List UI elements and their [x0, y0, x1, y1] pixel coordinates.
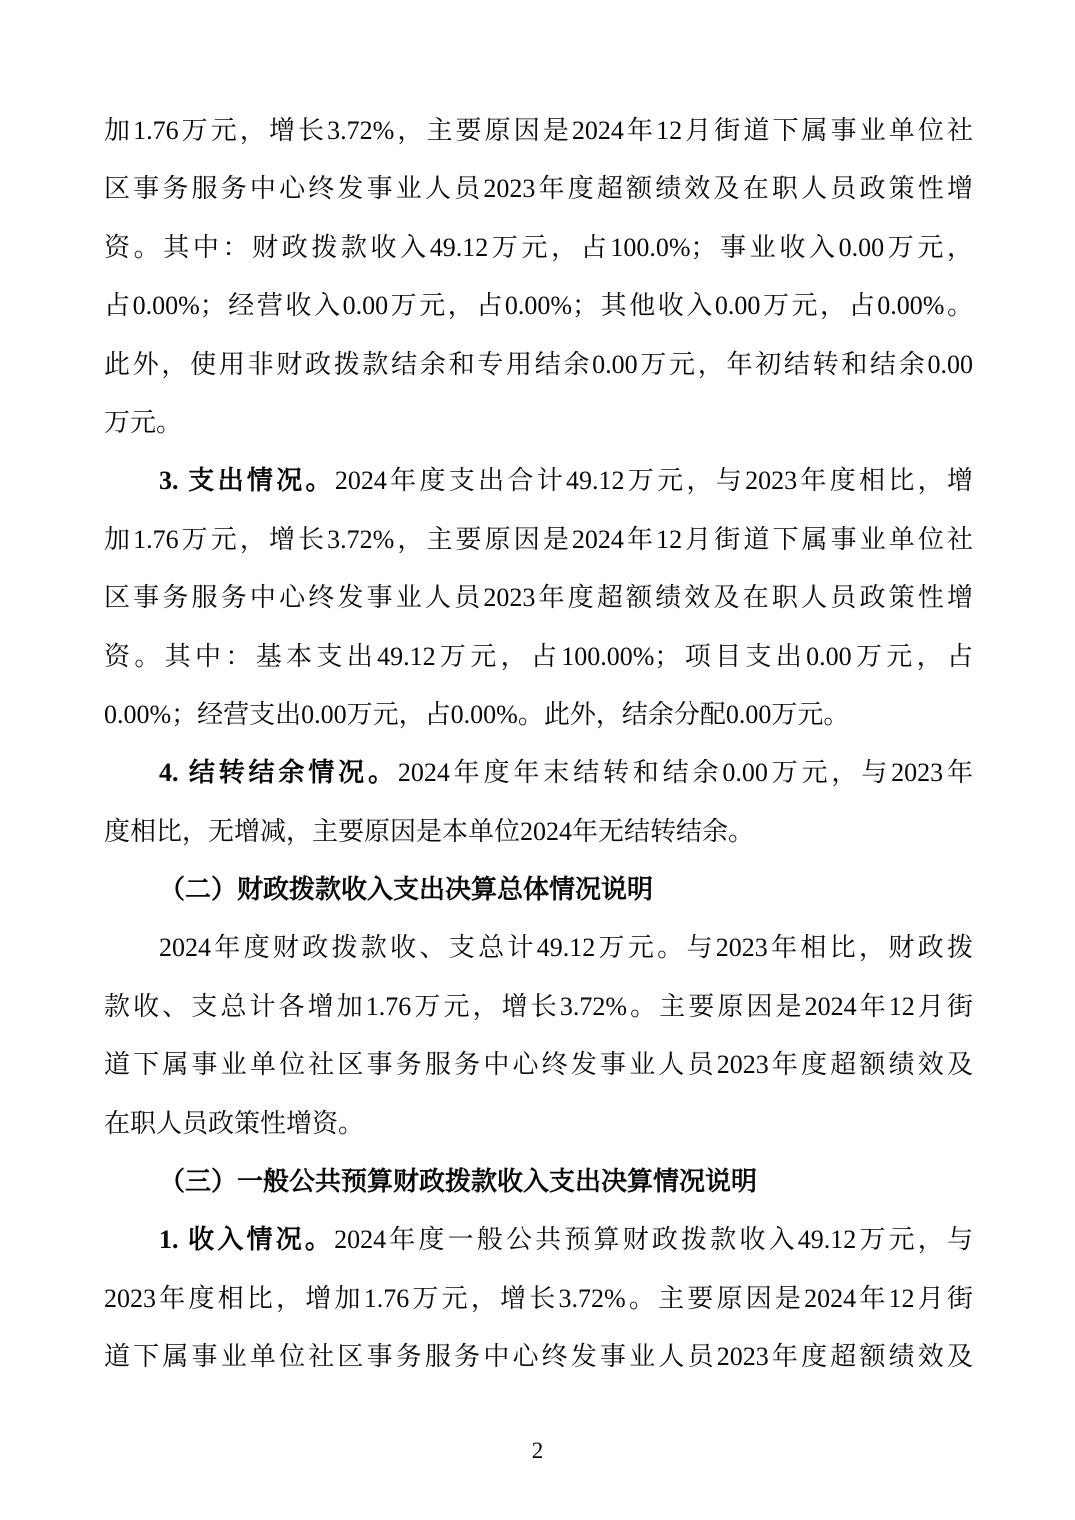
- line-text: 0.00%；经营支出0.00万元，占0.00%。此外，结余分配0.00万元。: [104, 700, 849, 729]
- section-heading: （二）财政拨款收入支出决算总体情况说明: [104, 861, 973, 919]
- line-text: 区事务服务中心终发事业人员2023年度超额绩效及在职人员政策性增: [104, 583, 973, 612]
- line-text: 此外，使用非财政拨款结余和专用结余0.00万元，年初结转和结余0.00: [104, 350, 973, 379]
- line-text: 2024年度财政拨款收、支总计49.12万元。与2023年相比，财政拨: [159, 933, 973, 962]
- text-line: 加1.76万元，增长3.72%，主要原因是2024年12月街道下属事业单位社: [104, 102, 973, 160]
- line-text: 道下属事业单位社区事务服务中心终发事业人员2023年度超额绩效及: [104, 1050, 973, 1079]
- line-text: 2024年度一般公共预算财政拨款收入49.12万元，与: [334, 1225, 973, 1254]
- line-text: 资。其中：基本支出49.12万元，占100.00%；项目支出0.00万元，占: [104, 642, 973, 671]
- text-line: 2023年度相比，增加1.76万元，增长3.72%。主要原因是2024年12月街: [104, 1270, 973, 1328]
- paragraph: 4. 结转结余情况。2024年度年末结转和结余0.00万元，与2023年 度相比…: [104, 744, 973, 861]
- line-text: 2024年度年末结转和结余0.00万元，与2023年: [398, 758, 973, 787]
- line-text: 在职人员政策性增资。: [104, 1109, 364, 1138]
- text-line: 此外，使用非财政拨款结余和专用结余0.00万元，年初结转和结余0.00: [104, 336, 973, 394]
- text-line: 1. 收入情况。2024年度一般公共预算财政拨款收入49.12万元，与: [104, 1211, 973, 1269]
- text-line: 4. 结转结余情况。2024年度年末结转和结余0.00万元，与2023年: [104, 744, 973, 802]
- text-line: 款收、支总计各增加1.76万元，增长3.72%。主要原因是2024年12月街: [104, 978, 973, 1036]
- text-line: 在职人员政策性增资。: [104, 1095, 973, 1153]
- text-line: 度相比，无增减，主要原因是本单位2024年无结转结余。: [104, 803, 973, 861]
- paragraph: 2024年度财政拨款收、支总计49.12万元。与2023年相比，财政拨 款收、支…: [104, 919, 973, 1153]
- document-page: 加1.76万元，增长3.72%，主要原因是2024年12月街道下属事业单位社 区…: [0, 0, 1075, 1520]
- text-line: 3. 支出情况。2024年度支出合计49.12万元，与2023年度相比，增: [104, 452, 973, 510]
- text-line: 资。其中：基本支出49.12万元，占100.00%；项目支出0.00万元，占: [104, 628, 973, 686]
- numbered-heading-label: 4. 结转结余情况。: [159, 758, 398, 787]
- line-text: 万元。: [104, 408, 182, 437]
- text-line: 道下属事业单位社区事务服务中心终发事业人员2023年度超额绩效及: [104, 1328, 973, 1386]
- text-line: （二）财政拨款收入支出决算总体情况说明: [104, 861, 973, 919]
- line-text: 道下属事业单位社区事务服务中心终发事业人员2023年度超额绩效及: [104, 1342, 973, 1371]
- line-text: 资。其中：财政拨款收入49.12万元，占100.0%；事业收入0.00万元，: [104, 233, 973, 262]
- text-line: （三）一般公共预算财政拨款收入支出决算情况说明: [104, 1153, 973, 1211]
- text-line: 占0.00%；经营收入0.00万元，占0.00%；其他收入0.00万元，占0.0…: [104, 277, 973, 335]
- section-heading-label: （二）财政拨款收入支出决算总体情况说明: [159, 875, 653, 904]
- numbered-heading-label: 1. 收入情况。: [159, 1225, 334, 1254]
- text-line: 2024年度财政拨款收、支总计49.12万元。与2023年相比，财政拨: [104, 919, 973, 977]
- text-line: 0.00%；经营支出0.00万元，占0.00%。此外，结余分配0.00万元。: [104, 686, 973, 744]
- paragraph: 1. 收入情况。2024年度一般公共预算财政拨款收入49.12万元，与 2023…: [104, 1211, 973, 1386]
- text-line: 道下属事业单位社区事务服务中心终发事业人员2023年度超额绩效及: [104, 1036, 973, 1094]
- line-text: 2024年度支出合计49.12万元，与2023年度相比，增: [335, 466, 973, 495]
- section-heading: （三）一般公共预算财政拨款收入支出决算情况说明: [104, 1153, 973, 1211]
- paragraph: 3. 支出情况。2024年度支出合计49.12万元，与2023年度相比，增 加1…: [104, 452, 973, 744]
- line-text: 区事务服务中心终发事业人员2023年度超额绩效及在职人员政策性增: [104, 174, 973, 203]
- numbered-heading-label: 3. 支出情况。: [159, 466, 335, 495]
- line-text: 占0.00%；经营收入0.00万元，占0.00%；其他收入0.00万元，占0.0…: [104, 291, 973, 320]
- text-line: 加1.76万元，增长3.72%，主要原因是2024年12月街道下属事业单位社: [104, 511, 973, 569]
- line-text: 度相比，无增减，主要原因是本单位2024年无结转结余。: [104, 817, 754, 846]
- document-text-block: 加1.76万元，增长3.72%，主要原因是2024年12月街道下属事业单位社 区…: [104, 102, 973, 1387]
- line-text: 2023年度相比，增加1.76万元，增长3.72%。主要原因是2024年12月街: [104, 1284, 973, 1313]
- page-number: 2: [0, 1436, 1075, 1466]
- section-heading-label: （三）一般公共预算财政拨款收入支出决算情况说明: [159, 1167, 757, 1196]
- line-text: 加1.76万元，增长3.72%，主要原因是2024年12月街道下属事业单位社: [104, 525, 973, 554]
- paragraph: 加1.76万元，增长3.72%，主要原因是2024年12月街道下属事业单位社 区…: [104, 102, 973, 452]
- text-line: 万元。: [104, 394, 973, 452]
- line-text: 加1.76万元，增长3.72%，主要原因是2024年12月街道下属事业单位社: [104, 116, 973, 145]
- text-line: 区事务服务中心终发事业人员2023年度超额绩效及在职人员政策性增: [104, 569, 973, 627]
- text-line: 区事务服务中心终发事业人员2023年度超额绩效及在职人员政策性增: [104, 160, 973, 218]
- text-line: 资。其中：财政拨款收入49.12万元，占100.0%；事业收入0.00万元，: [104, 219, 973, 277]
- line-text: 款收、支总计各增加1.76万元，增长3.72%。主要原因是2024年12月街: [104, 992, 973, 1021]
